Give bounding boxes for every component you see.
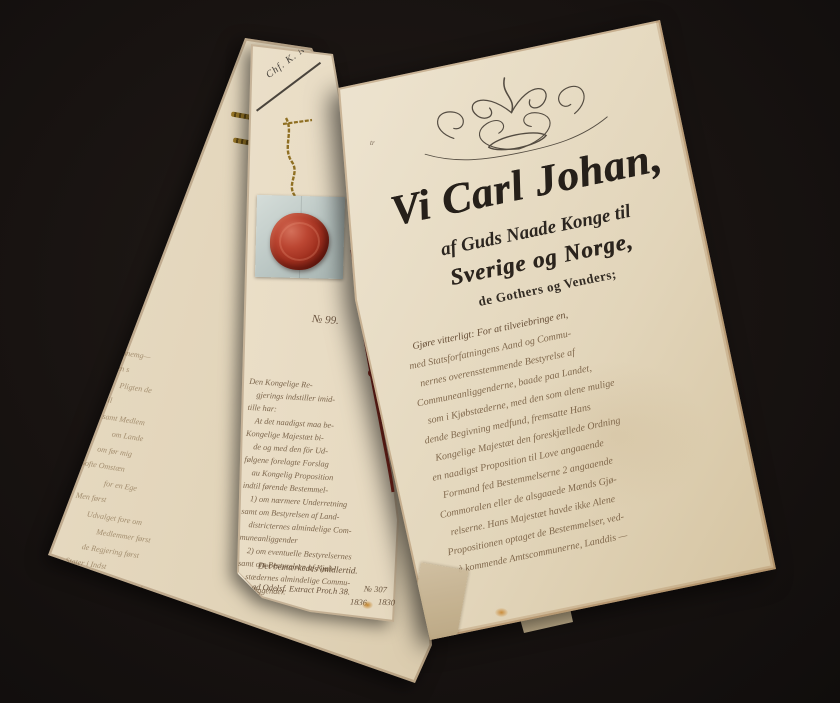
fox-spot xyxy=(362,601,373,609)
right-document: tr Vi Carl Johan, af xyxy=(0,0,840,703)
right-document-shadow: tr Vi Carl Johan, af xyxy=(0,0,840,703)
fox-spot xyxy=(495,608,508,617)
photograph-of-documents: gjennemg—førenden sPligten deMan ilsamt … xyxy=(0,0,840,703)
